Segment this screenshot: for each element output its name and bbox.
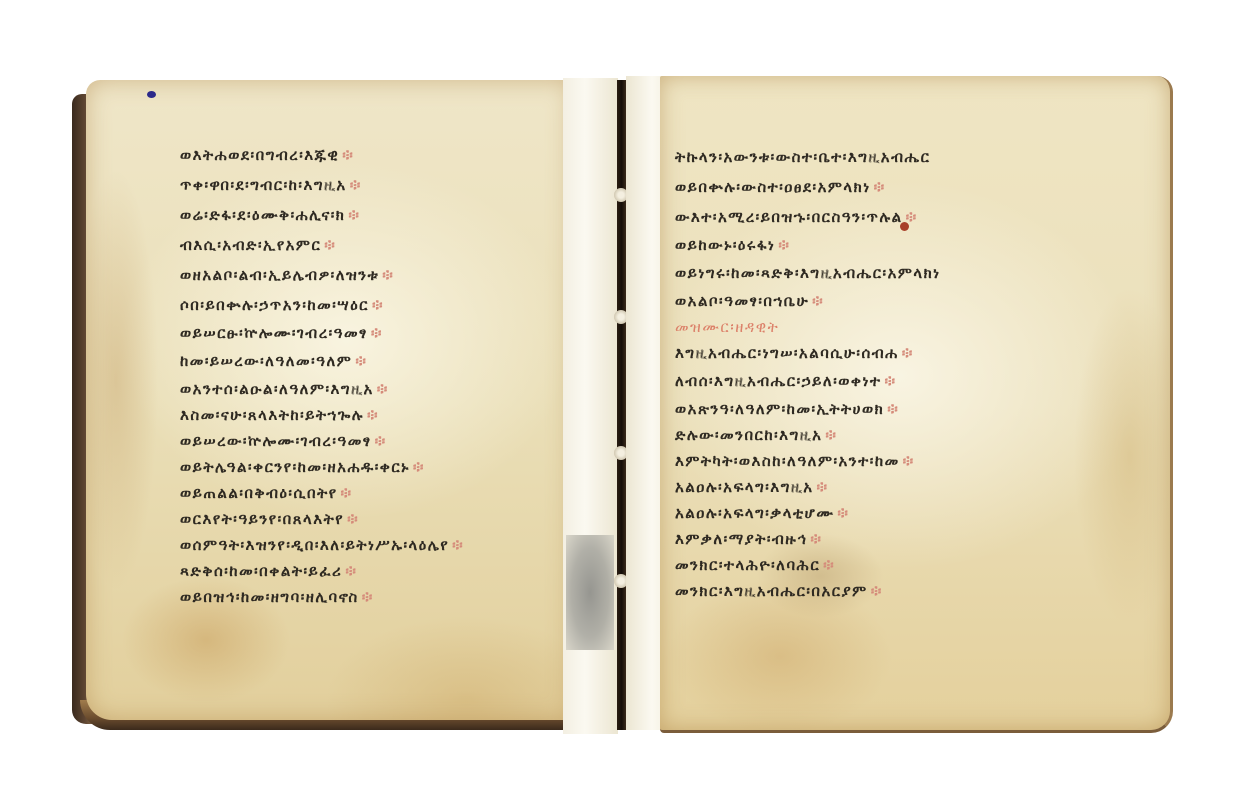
text-line: ወይበቍሉ፡ውስተ፡ዐፀደ፡አምላክነ፨: [675, 178, 886, 196]
text-line: አልዐሉ፡አፍላግ፡እግዚአ፨: [675, 478, 829, 496]
text-line: ውእተ፡አሚረ፡ይበዝኁ፡በርስዓን፡ጥሉል፨: [675, 208, 918, 226]
text-line: አልዐሉ፡አፍላግ፡ቃላቲሆሙ፨: [675, 504, 849, 522]
text-line: እግዚአብሔር፡ነግሠ፡አልባሲሁ፡ሰብሐ፨: [675, 344, 914, 362]
text-line: ወይጠልል፡በቅብዕ፡ሲበትየ፨: [180, 484, 353, 502]
text-line: ብእሲ፡አብድ፡ኢየአምር፨: [180, 236, 336, 254]
blue-ink-mark: [147, 91, 156, 98]
text-line: ለብሰ፡እግዚአብሔር፡ኃይለ፡ወቀነተ፨: [675, 372, 897, 390]
text-line: ወአልቦ፡ዓመፃ፡በኀቤሁ፨: [675, 292, 824, 310]
text-line: ወዘአልቦ፡ልብ፡ኢይሌብዎ፡ለዝንቱ፨: [180, 266, 394, 284]
text-line: ወይትሌዓል፡ቀርንየ፡ከመ፡ዘአሐዱ፡ቀርኑ፨: [180, 458, 425, 476]
text-line: ወአጽንዓ፡ለዓለም፡ከመ፡ኢትትሀወክ፨: [675, 400, 899, 418]
text-line: ወሰምዓት፡እዝንየ፡ዲበ፡እለ፡ይትነሥኡ፡ላዕሌየ፨: [180, 536, 464, 554]
text-line: መንክር፡እግዚአብሔር፡በአርያም፨: [675, 582, 883, 600]
text-line: እምትካት፡ወእስከ፡ለዓለም፡አንተ፡ከመ፨: [675, 452, 915, 470]
spine-gap: [617, 80, 626, 730]
text-line: ወእትሐወደ፡በግብረ፡እጁዊ፨: [180, 146, 354, 164]
text-line: ድሉው፡መንበርከ፡እግዚአ፨: [675, 426, 837, 444]
text-line: ከመ፡ይሠረው፡ለዓለመ፡ዓለም፨: [180, 352, 367, 370]
text-line: እስመ፡ናሁ፡ጸላእትከ፡ይትኀጐሉ፨: [180, 406, 379, 424]
text-line: ወይከውኑ፡ዕሩፋነ፨: [675, 236, 790, 254]
text-line: ጥቀ፡ዋበ፡ደ፡ግብር፡ከ፡እግዚአ፨: [180, 176, 362, 194]
text-line: ወይነግሩ፡ከመ፡ጻድቅ፡እግዚአብሔር፡አምላክነ: [675, 264, 941, 282]
manuscript-photo: ወእትሐወደ፡በግብረ፡እጁዊ፨ ጥቀ፡ዋበ፡ደ፡ግብር፡ከ፡እግዚአ፨ ወሬ፡…: [0, 0, 1245, 800]
text-line: ትኩላን፡አውንቱ፡ውስተ፡ቤተ፡እግዚአብሔር: [675, 148, 930, 166]
rubric-heading: መዝሙር፡ዘዳዊት: [675, 318, 779, 336]
text-line: መንክር፡ተላሕዮ፡ለባሕር፨: [675, 556, 835, 574]
text-line: ወይሠረው፡ኵሎሙ፡ገብረ፡ዓመፃ፨: [180, 432, 387, 450]
text-line: ወይበዝኅ፡ከመ፡ዘግባ፡ዘሊባኖስ፨: [180, 588, 374, 606]
text-line: ወሬ፡ድፋ፡ደ፡ዕሙቅ፡ሐሊና፡ክ፨: [180, 206, 360, 224]
text-line: ወአንተሰ፡ልዑል፡ለዓለም፡እግዚአ፨: [180, 380, 389, 398]
gutter-stain: [566, 535, 614, 650]
text-line: ሶበ፡ይበቍሉ፡ኃጥአን፡ከመ፡ሣዕር፨: [180, 296, 384, 314]
text-line: እምቃለ፡ማያት፡ብዙኅ፨: [675, 530, 822, 548]
text-line: ጻድቅሰ፡ከመ፡በቀልት፡ይፈሪ፨: [180, 562, 357, 580]
text-line: ወርእየት፡ዓይንየ፡በጸላእትየ፨: [180, 510, 359, 528]
text-line: ወይሠርፁ፡ኵሎሙ፡ገብረ፡ዓመፃ፨: [180, 324, 383, 342]
